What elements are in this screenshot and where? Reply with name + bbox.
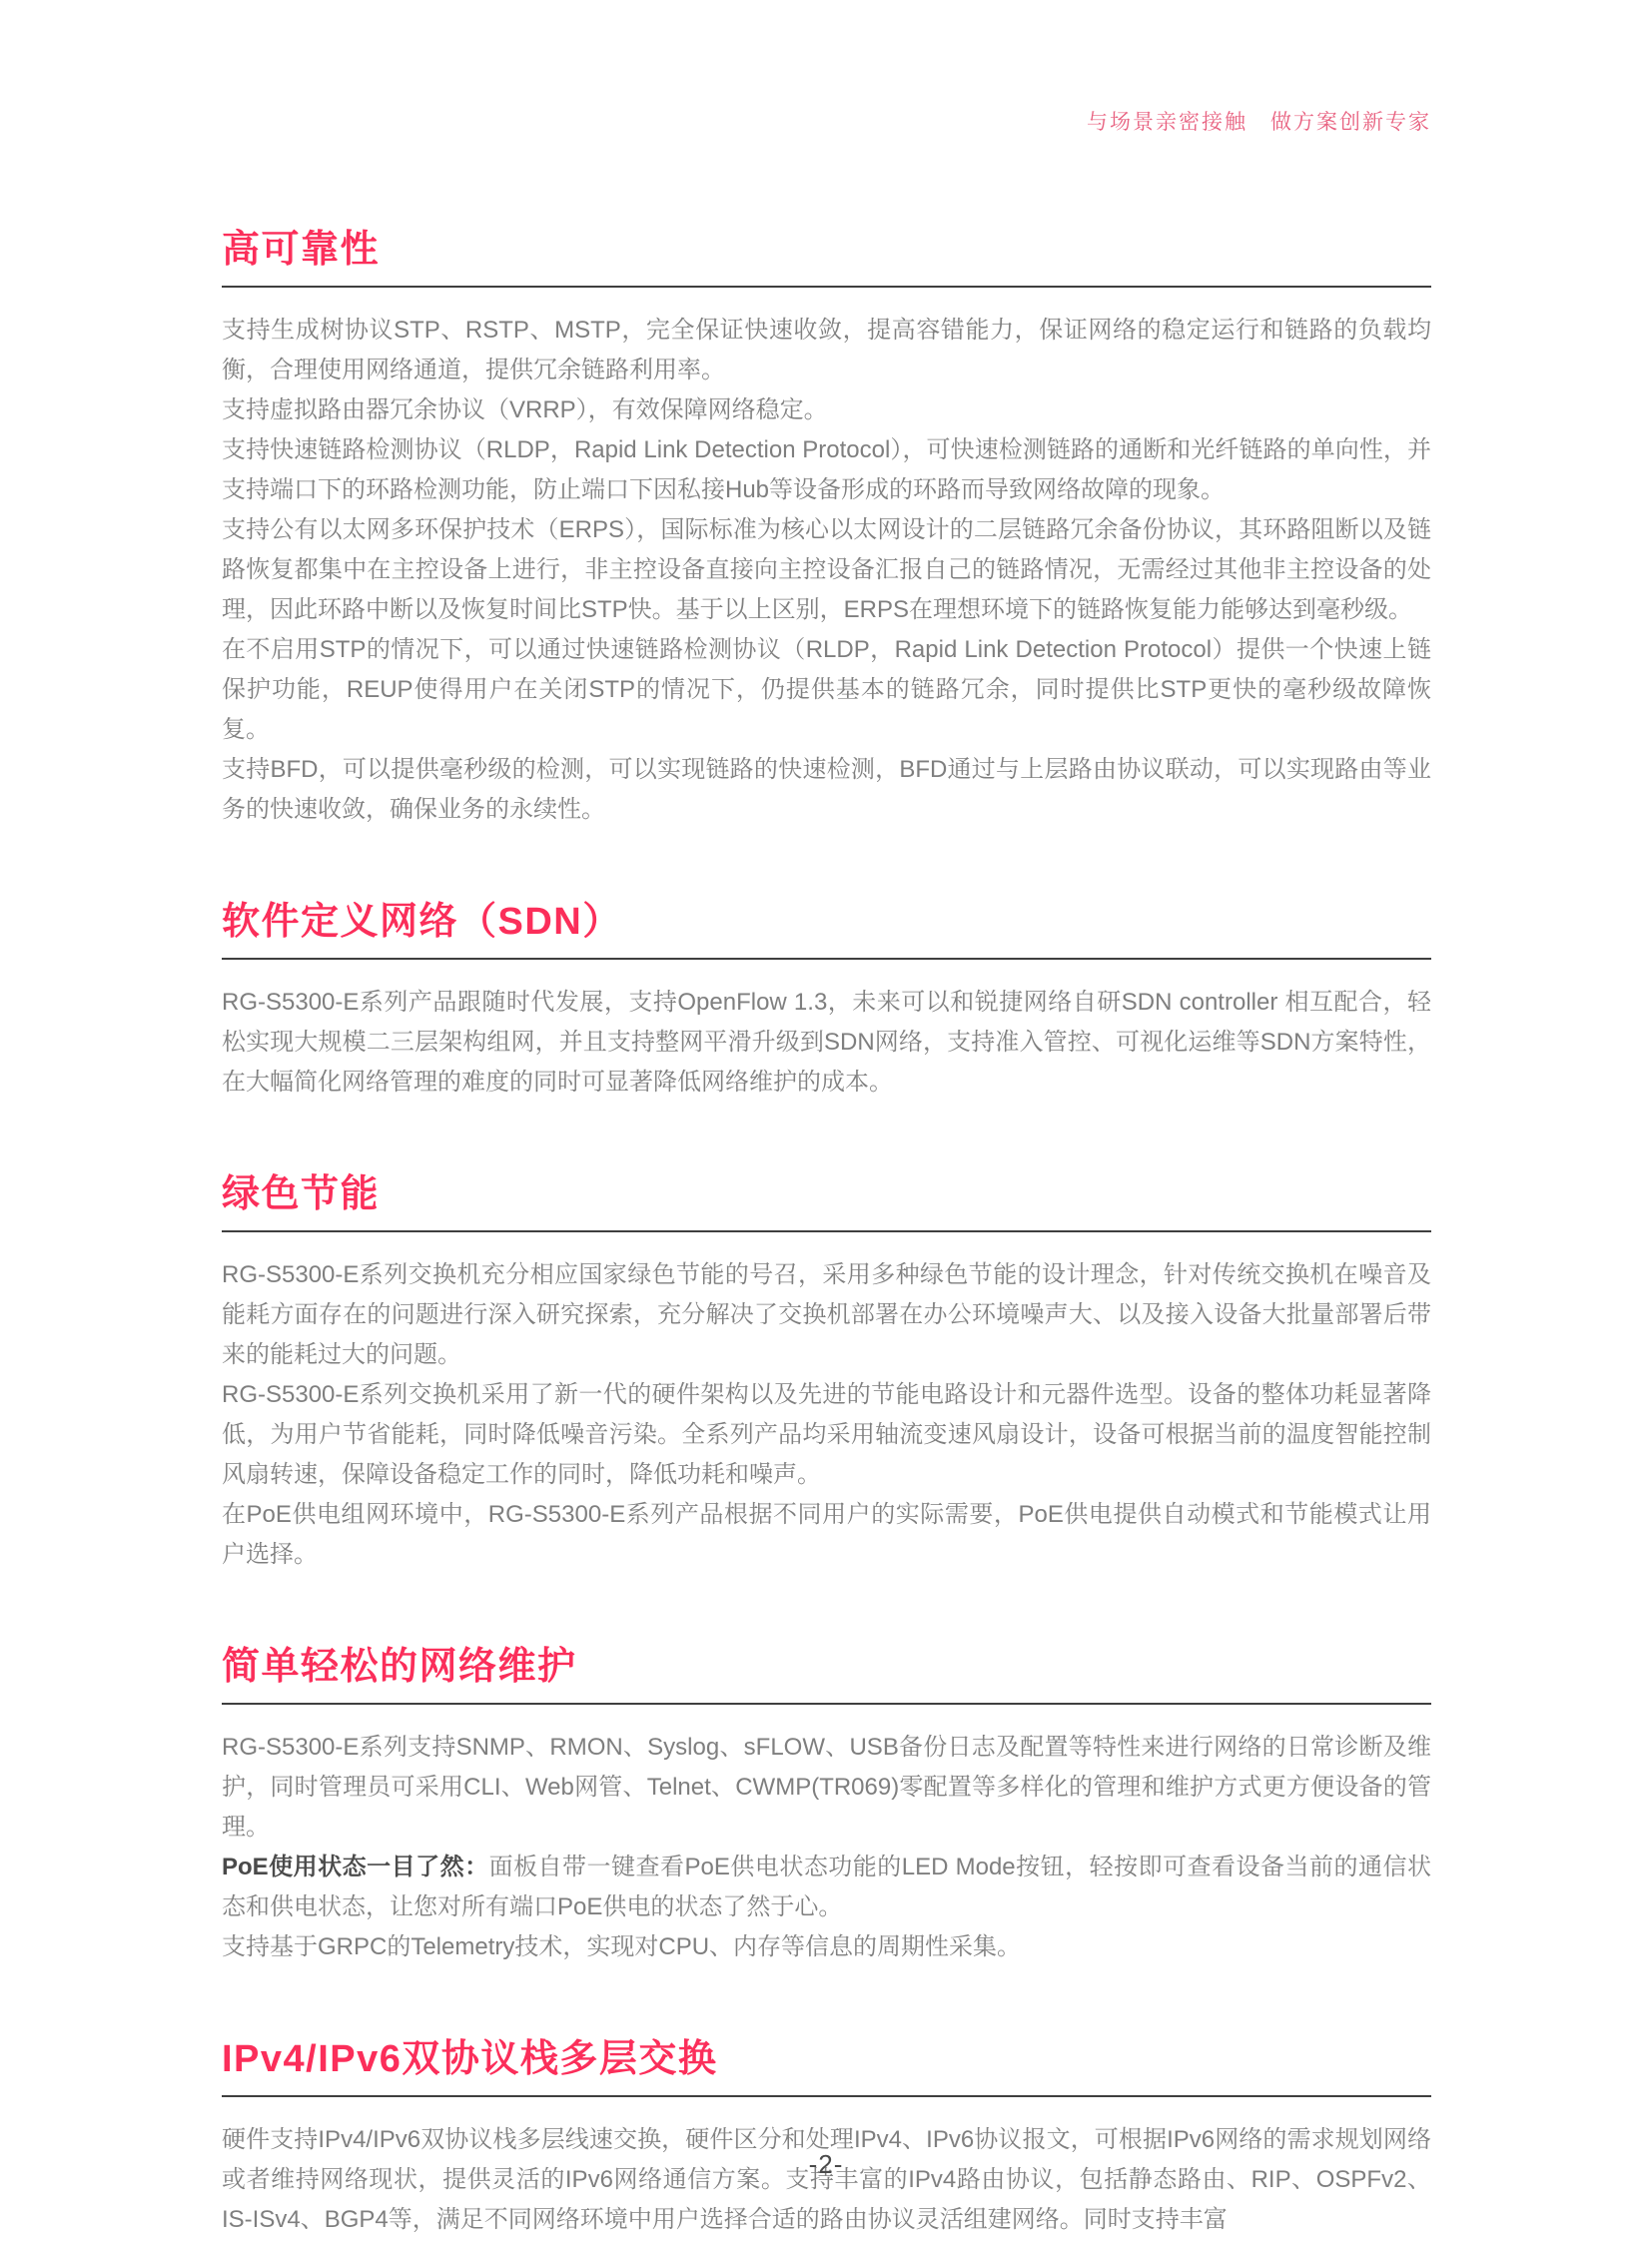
document-section: IPv4/IPv6双协议栈多层交换 硬件支持IPv4/IPv6双协议栈多层线速交…: [222, 2027, 1431, 2240]
page-number: -2-: [0, 2149, 1652, 2180]
section-title: 软件定义网络（SDN）: [222, 890, 1431, 960]
paragraph-text: RG-S5300-E系列交换机充分相应国家绿色节能的号召，采用多种绿色节能的设计…: [222, 1261, 1431, 1368]
paragraph: RG-S5300-E系列交换机充分相应国家绿色节能的号召，采用多种绿色节能的设计…: [222, 1255, 1431, 1375]
paragraph-text: 在PoE供电组网环境中，RG-S5300-E系列产品根据不同用户的实际需要，Po…: [222, 1501, 1431, 1568]
document-page: 与场景亲密接触 做方案创新专家 高可靠性 支持生成树协议STP、RSTP、MST…: [0, 0, 1652, 2242]
paragraph-text: 支持快速链路检测协议（RLDP，Rapid Link Detection Pro…: [222, 436, 1431, 503]
paragraph: RG-S5300-E系列产品跟随时代发展，支持OpenFlow 1.3，未来可以…: [222, 983, 1431, 1103]
section-title: 简单轻松的网络维护: [222, 1635, 1431, 1705]
section-body: 支持生成树协议STP、RSTP、MSTP，完全保证快速收敛，提高容错能力，保证网…: [222, 311, 1431, 830]
paragraph: 支持生成树协议STP、RSTP、MSTP，完全保证快速收敛，提高容错能力，保证网…: [222, 311, 1431, 390]
sections-container: 高可靠性 支持生成树协议STP、RSTP、MSTP，完全保证快速收敛，提高容错能…: [222, 218, 1431, 2240]
paragraph-text: RG-S5300-E系列产品跟随时代发展，支持OpenFlow 1.3，未来可以…: [222, 989, 1431, 1096]
section-title: 绿色节能: [222, 1162, 1431, 1232]
header-tagline: 与场景亲密接触 做方案创新专家: [222, 0, 1431, 136]
paragraph: PoE使用状态一目了然：面板自带一键查看PoE供电状态功能的LED Mode按钮…: [222, 1848, 1431, 1927]
paragraph: 支持基于GRPC的Telemetry技术，实现对CPU、内存等信息的周期性采集。: [222, 1927, 1431, 1967]
document-section: 高可靠性 支持生成树协议STP、RSTP、MSTP，完全保证快速收敛，提高容错能…: [222, 218, 1431, 830]
paragraph-text: RG-S5300-E系列交换机采用了新一代的硬件架构以及先进的节能电路设计和元器…: [222, 1381, 1431, 1488]
paragraph-text: 支持公有以太网多环保护技术（ERPS），国际标准为核心以太网设计的二层链路冗余备…: [222, 516, 1431, 623]
document-section: 简单轻松的网络维护 RG-S5300-E系列支持SNMP、RMON、Syslog…: [222, 1635, 1431, 1967]
paragraph-text: 支持BFD，可以提供毫秒级的检测，可以实现链路的快速检测，BFD通过与上层路由协…: [222, 756, 1431, 823]
paragraph: 在PoE供电组网环境中，RG-S5300-E系列产品根据不同用户的实际需要，Po…: [222, 1495, 1431, 1575]
section-title: 高可靠性: [222, 218, 1431, 288]
paragraph-text: 支持生成树协议STP、RSTP、MSTP，完全保证快速收敛，提高容错能力，保证网…: [222, 317, 1431, 383]
paragraph: 支持公有以太网多环保护技术（ERPS），国际标准为核心以太网设计的二层链路冗余备…: [222, 510, 1431, 630]
paragraph: 在不启用STP的情况下，可以通过快速链路检测协议（RLDP，Rapid Link…: [222, 630, 1431, 750]
section-body: RG-S5300-E系列支持SNMP、RMON、Syslog、sFLOW、USB…: [222, 1728, 1431, 1967]
section-title: IPv4/IPv6双协议栈多层交换: [222, 2027, 1431, 2097]
page-content: 与场景亲密接触 做方案创新专家 高可靠性 支持生成树协议STP、RSTP、MST…: [222, 0, 1431, 2240]
paragraph-text: 支持虚拟路由器冗余协议（VRRP），有效保障网络稳定。: [222, 396, 828, 423]
paragraph: 支持快速链路检测协议（RLDP，Rapid Link Detection Pro…: [222, 430, 1431, 510]
section-body: 硬件支持IPv4/IPv6双协议栈多层线速交换，硬件区分和处理IPv4、IPv6…: [222, 2120, 1431, 2240]
section-body: RG-S5300-E系列交换机充分相应国家绿色节能的号召，采用多种绿色节能的设计…: [222, 1255, 1431, 1575]
section-body: RG-S5300-E系列产品跟随时代发展，支持OpenFlow 1.3，未来可以…: [222, 983, 1431, 1103]
paragraph: 支持虚拟路由器冗余协议（VRRP），有效保障网络稳定。: [222, 390, 1431, 430]
paragraph-text: RG-S5300-E系列支持SNMP、RMON、Syslog、sFLOW、USB…: [222, 1734, 1431, 1841]
paragraph: RG-S5300-E系列支持SNMP、RMON、Syslog、sFLOW、USB…: [222, 1728, 1431, 1848]
document-section: 软件定义网络（SDN） RG-S5300-E系列产品跟随时代发展，支持OpenF…: [222, 890, 1431, 1103]
document-section: 绿色节能 RG-S5300-E系列交换机充分相应国家绿色节能的号召，采用多种绿色…: [222, 1162, 1431, 1575]
paragraph-lead: PoE使用状态一目了然：: [222, 1854, 489, 1880]
paragraph-text: 支持基于GRPC的Telemetry技术，实现对CPU、内存等信息的周期性采集。: [222, 1933, 1021, 1960]
paragraph: 硬件支持IPv4/IPv6双协议栈多层线速交换，硬件区分和处理IPv4、IPv6…: [222, 2120, 1431, 2240]
paragraph: 支持BFD，可以提供毫秒级的检测，可以实现链路的快速检测，BFD通过与上层路由协…: [222, 750, 1431, 830]
paragraph: RG-S5300-E系列交换机采用了新一代的硬件架构以及先进的节能电路设计和元器…: [222, 1375, 1431, 1495]
paragraph-text: 在不启用STP的情况下，可以通过快速链路检测协议（RLDP，Rapid Link…: [222, 636, 1431, 743]
